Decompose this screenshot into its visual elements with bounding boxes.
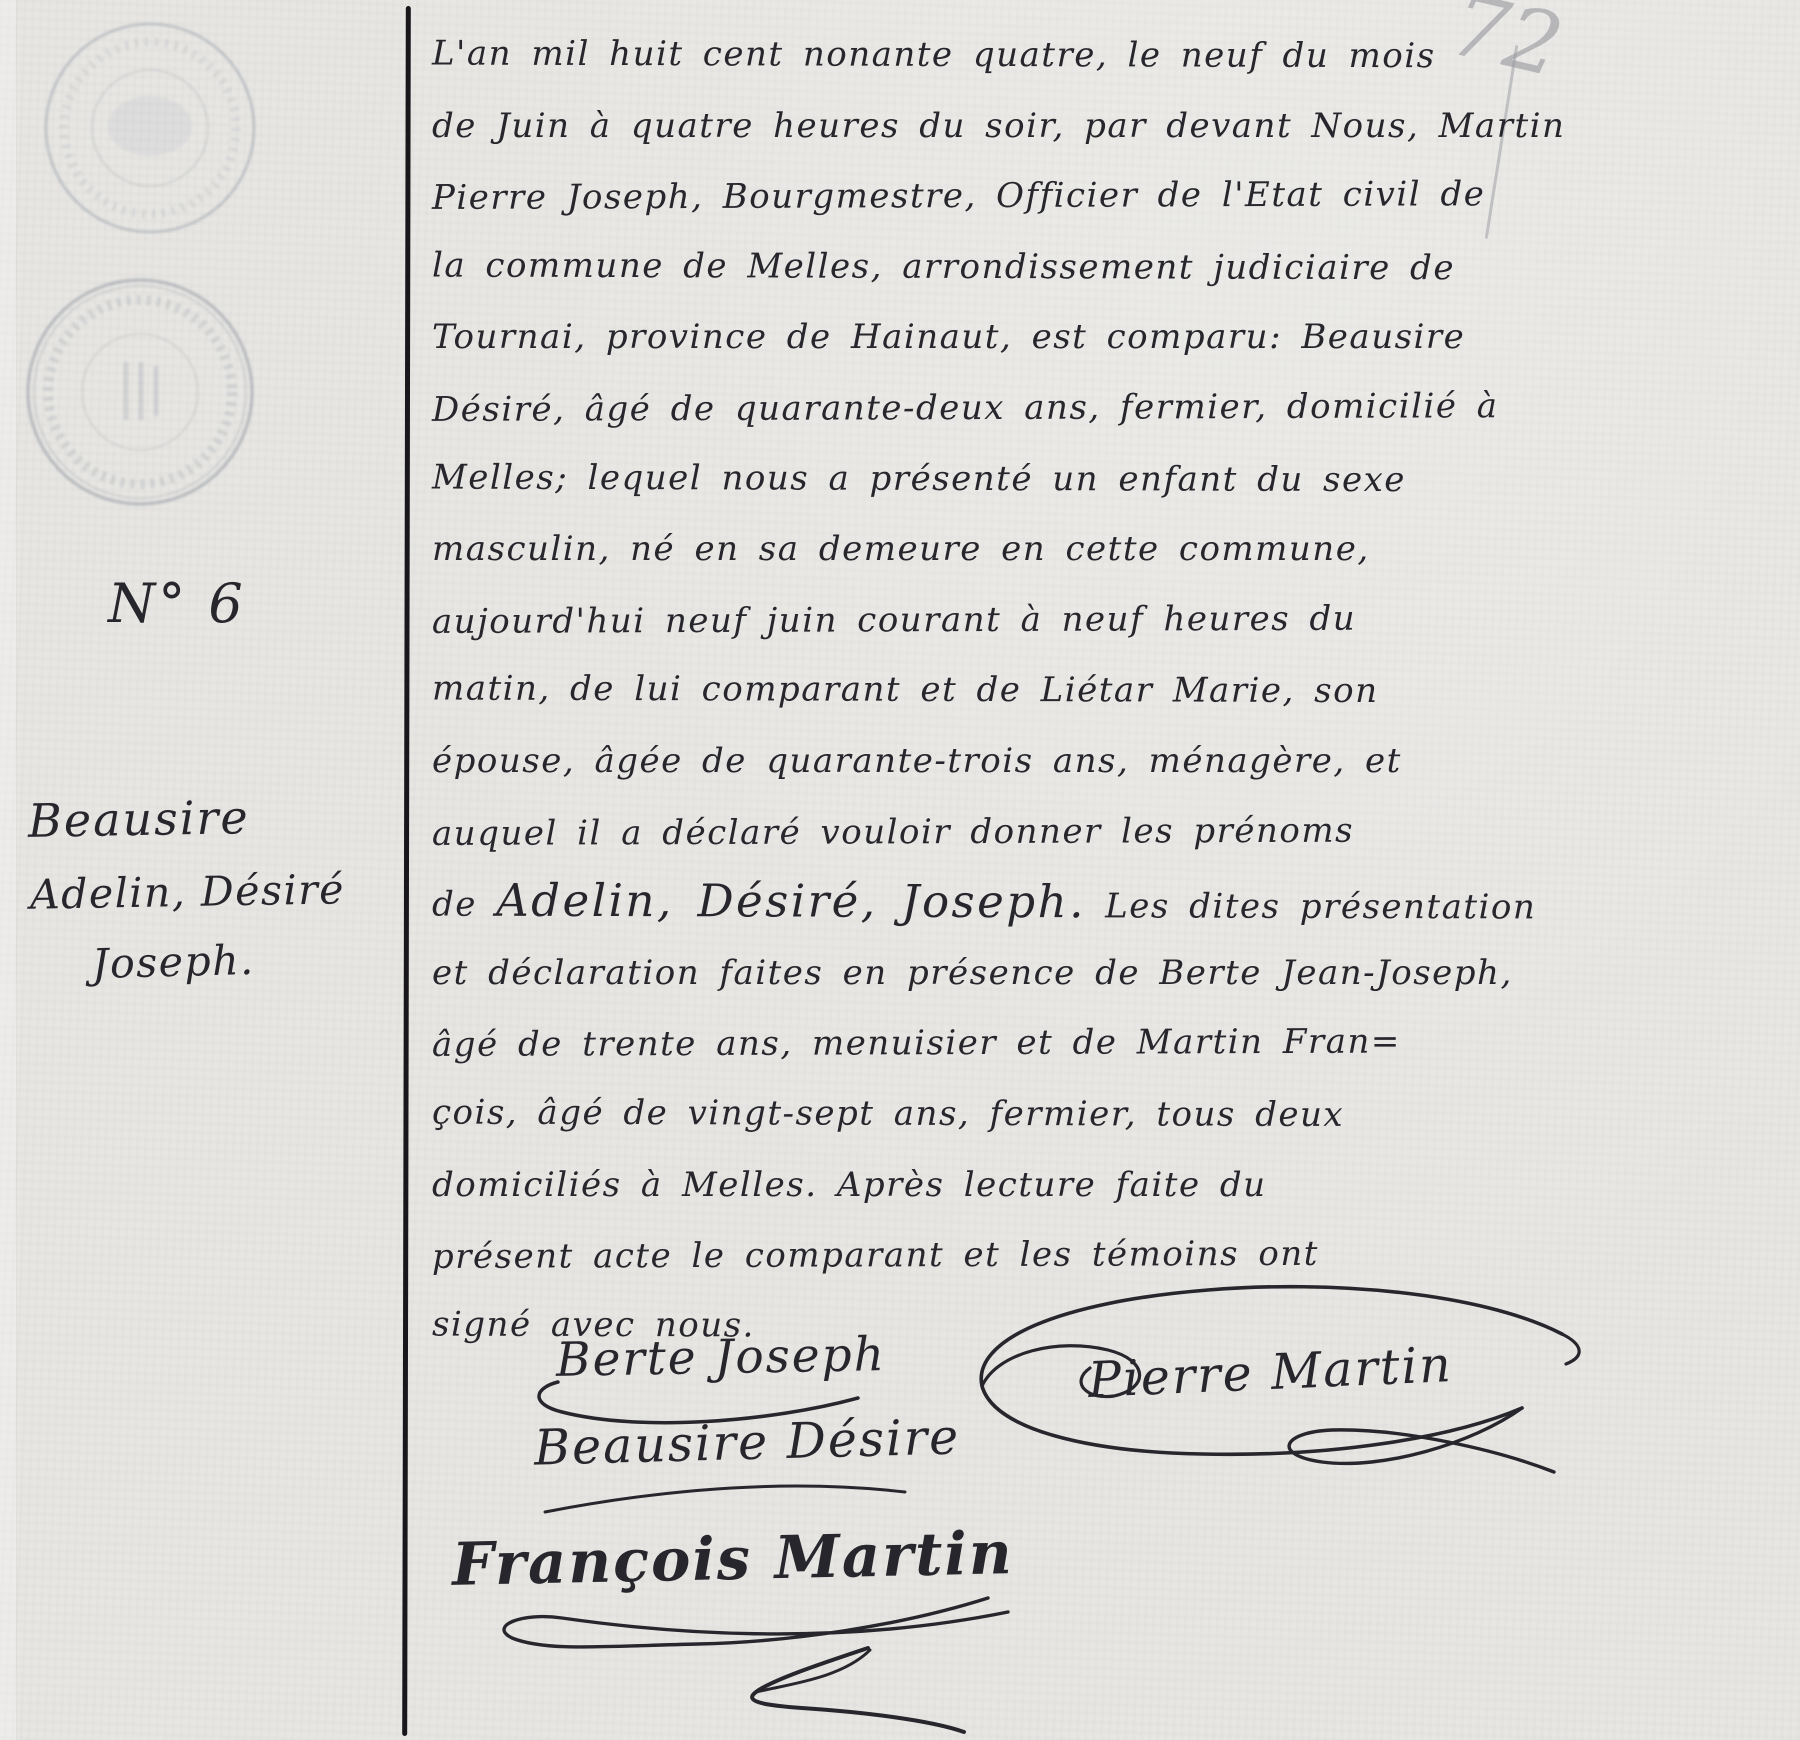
manuscript-line: L'an mil huit cent nonante quatre, le ne… — [432, 19, 1532, 92]
round-stamp-top-icon — [46, 24, 254, 232]
margin-given-names-2: Joseph. — [91, 936, 255, 988]
stamps-area — [0, 0, 330, 560]
manuscript-line: Tournai, province de Hainaut, est compar… — [432, 302, 1532, 373]
document-scan: 72 N° 6 Beausire Adelin, Désiré Joseph. … — [0, 0, 1800, 1740]
margin-surname: Beausire — [28, 790, 251, 848]
manuscript-lines: L'an mil huit cent nonante quatre, le ne… — [432, 20, 1532, 1361]
scan-edge — [0, 0, 17, 1740]
manuscript-line: Melles; lequel nous a présenté un enfant… — [432, 442, 1532, 515]
manuscript-line: auquel il a déclaré vouloir donner les p… — [432, 795, 1532, 869]
manuscript-line: Désiré, âgé de quarante-deux ans, fermie… — [432, 371, 1532, 445]
act-number: N° 6 — [108, 572, 246, 635]
manuscript-line: et déclaration faites en présence de Ber… — [432, 938, 1532, 1009]
signature-francois-martin: François Martin — [451, 1518, 1014, 1599]
margin-rule — [402, 6, 411, 1736]
manuscript-line: la commune de Melles, arrondissement jud… — [432, 230, 1532, 303]
manuscript-line: épouse, âgée de quarante-trois ans, ména… — [432, 726, 1532, 797]
margin-given-names: Adelin, Désiré — [30, 865, 346, 918]
manuscript-line: âgé de trente ans, menuisier et de Marti… — [432, 1006, 1532, 1080]
manuscript-line: Pierre Joseph, Bourgmestre, Officier de … — [432, 159, 1532, 233]
manuscript-line: domiciliés à Melles. Après lecture faite… — [432, 1150, 1532, 1221]
manuscript-line: de Adelin, Désiré, Joseph. Les dites pré… — [432, 866, 1532, 939]
signature-berte-joseph: Berte Joseph — [556, 1327, 887, 1388]
round-stamp-bottom-icon — [28, 280, 252, 504]
manuscript-line: aujourd'hui neuf juin courant à neuf heu… — [432, 583, 1532, 657]
manuscript-line: présent acte le comparant et les témoins… — [432, 1218, 1532, 1292]
signature-beausire-desire: Beausire Désire — [533, 1408, 960, 1476]
manuscript-line: de Juin à quatre heures du soir, par dev… — [432, 91, 1532, 162]
manuscript-line: matin, de lui comparant et de Liétar Mar… — [432, 654, 1532, 727]
manuscript-line: çois, âgé de vingt-sept ans, fermier, to… — [432, 1077, 1532, 1150]
manuscript-line: masculin, né en sa demeure en cette comm… — [432, 514, 1532, 585]
